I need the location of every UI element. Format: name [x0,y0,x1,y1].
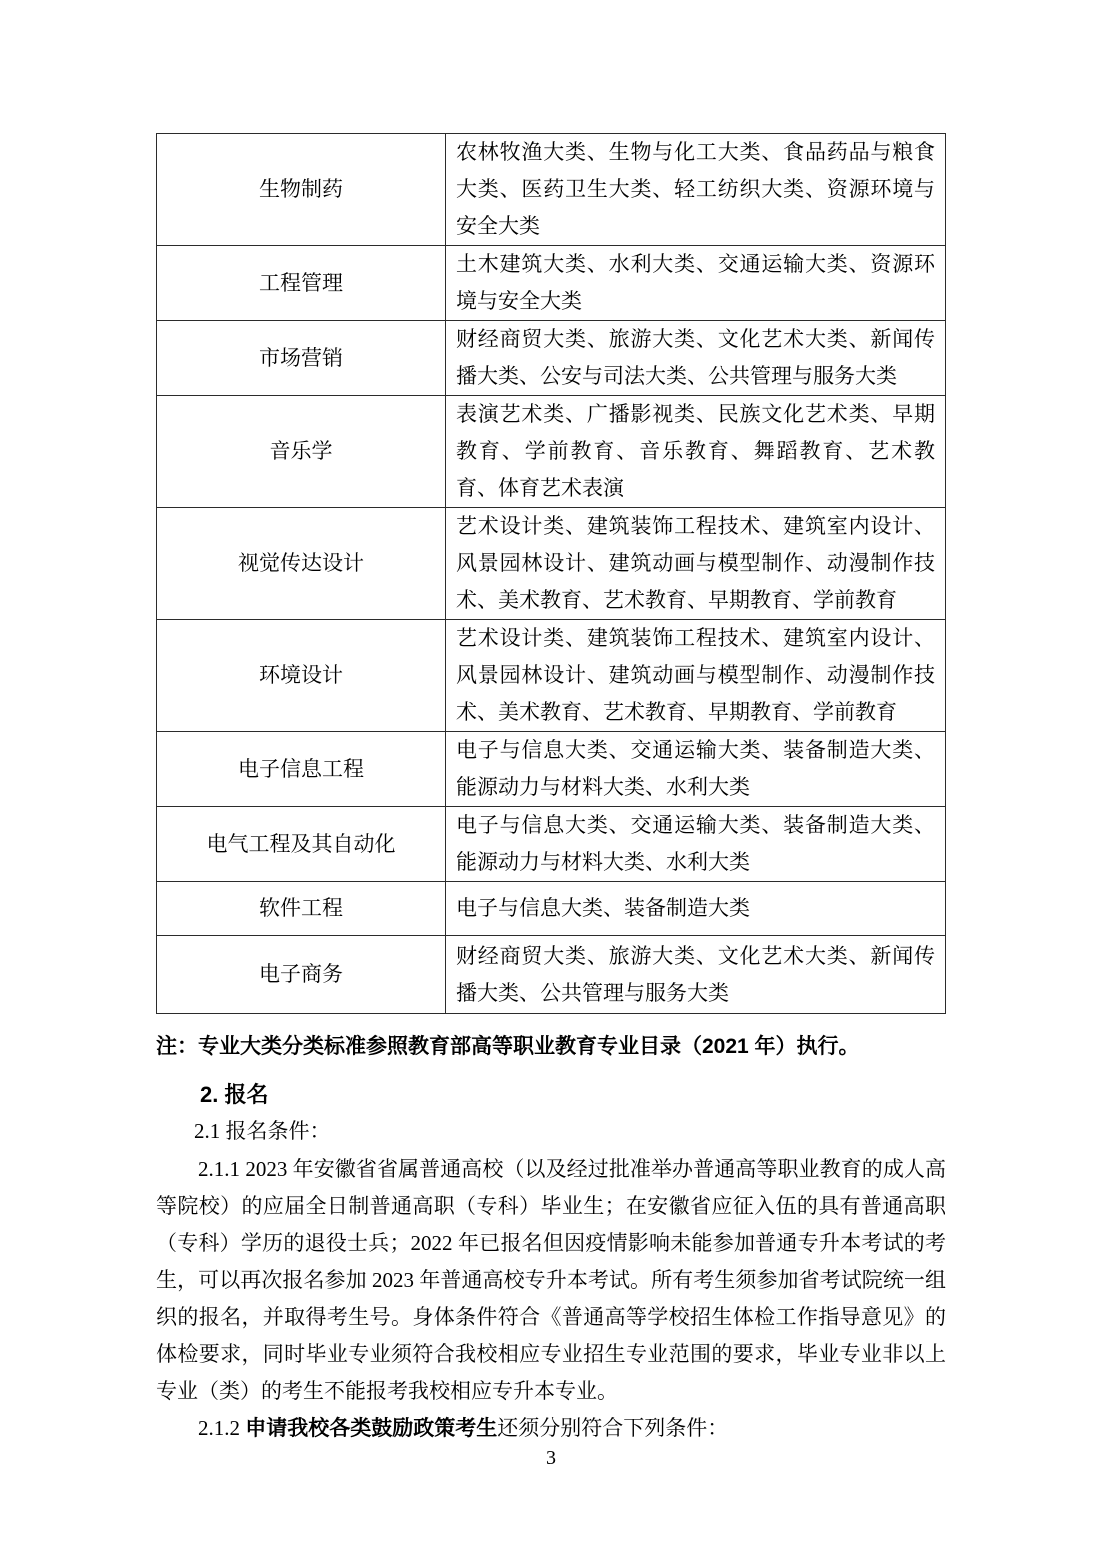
table-row: 电气工程及其自动化 电子与信息大类、交通运输大类、装备制造大类、能源动力与材料大… [157,807,946,882]
paragraph-2-1-2-number: 2.1.2 [198,1416,245,1440]
categories-cell: 艺术设计类、建筑装饰工程技术、建筑室内设计、风景园林设计、建筑动画与模型制作、动… [446,508,946,620]
major-cell: 市场营销 [157,321,446,396]
table-row: 视觉传达设计 艺术设计类、建筑装饰工程技术、建筑室内设计、风景园林设计、建筑动画… [157,508,946,620]
categories-cell: 财经商贸大类、旅游大类、文化艺术大类、新闻传播大类、公共管理与服务大类 [446,936,946,1014]
major-cell: 工程管理 [157,246,446,321]
categories-cell: 农林牧渔大类、生物与化工大类、食品药品与粮食大类、医药卫生大类、轻工纺织大类、资… [446,134,946,246]
subsection-heading: 2.1 报名条件： [156,1117,946,1146]
major-cell: 视觉传达设计 [157,508,446,620]
major-cell: 音乐学 [157,396,446,508]
categories-cell: 财经商贸大类、旅游大类、文化艺术大类、新闻传播大类、公安与司法大类、公共管理与服… [446,321,946,396]
major-cell: 软件工程 [157,882,446,936]
major-cell: 生物制药 [157,134,446,246]
paragraph-2-1-2-emphasis: 申请我校各类鼓励政策考生 [245,1417,497,1440]
table-row: 生物制药 农林牧渔大类、生物与化工大类、食品药品与粮食大类、医药卫生大类、轻工纺… [157,134,946,246]
page-content: 生物制药 农林牧渔大类、生物与化工大类、食品药品与粮食大类、医药卫生大类、轻工纺… [156,133,946,1447]
table-row: 工程管理 土木建筑大类、水利大类、交通运输大类、资源环境与安全大类 [157,246,946,321]
categories-cell: 土木建筑大类、水利大类、交通运输大类、资源环境与安全大类 [446,246,946,321]
table-row: 市场营销 财经商贸大类、旅游大类、文化艺术大类、新闻传播大类、公安与司法大类、公… [157,321,946,396]
table-row: 电子商务 财经商贸大类、旅游大类、文化艺术大类、新闻传播大类、公共管理与服务大类 [157,936,946,1014]
categories-cell: 电子与信息大类、装备制造大类 [446,882,946,936]
table-row: 环境设计 艺术设计类、建筑装饰工程技术、建筑室内设计、风景园林设计、建筑动画与模… [157,620,946,732]
page-number: 3 [0,1446,1102,1470]
section-heading: 2. 报名 [156,1080,946,1110]
categories-cell: 艺术设计类、建筑装饰工程技术、建筑室内设计、风景园林设计、建筑动画与模型制作、动… [446,620,946,732]
table-row: 音乐学 表演艺术类、广播影视类、民族文化艺术类、早期教育、学前教育、音乐教育、舞… [157,396,946,508]
categories-cell: 电子与信息大类、交通运输大类、装备制造大类、能源动力与材料大类、水利大类 [446,732,946,807]
major-cell: 电子商务 [157,936,446,1014]
paragraph-2-1-2-tail: 还须分别符合下列条件： [497,1416,728,1440]
major-cell: 电气工程及其自动化 [157,807,446,882]
majors-table: 生物制药 农林牧渔大类、生物与化工大类、食品药品与粮食大类、医药卫生大类、轻工纺… [156,133,946,1014]
table-row: 软件工程 电子与信息大类、装备制造大类 [157,882,946,936]
table-note: 注：专业大类分类标准参照教育部高等职业教育专业目录（2021 年）执行。 [156,1032,946,1062]
table-row: 电子信息工程 电子与信息大类、交通运输大类、装备制造大类、能源动力与材料大类、水… [157,732,946,807]
paragraph-2-1-1: 2.1.1 2023 年安徽省省属普通高校（以及经过批准举办普通高等职业教育的成… [156,1151,946,1410]
major-cell: 电子信息工程 [157,732,446,807]
categories-cell: 电子与信息大类、交通运输大类、装备制造大类、能源动力与材料大类、水利大类 [446,807,946,882]
categories-cell: 表演艺术类、广播影视类、民族文化艺术类、早期教育、学前教育、音乐教育、舞蹈教育、… [446,396,946,508]
major-cell: 环境设计 [157,620,446,732]
document-page: 生物制药 农林牧渔大类、生物与化工大类、食品药品与粮食大类、医药卫生大类、轻工纺… [0,0,1102,1559]
paragraph-2-1-2: 2.1.2 申请我校各类鼓励政策考生还须分别符合下列条件： [156,1410,946,1447]
